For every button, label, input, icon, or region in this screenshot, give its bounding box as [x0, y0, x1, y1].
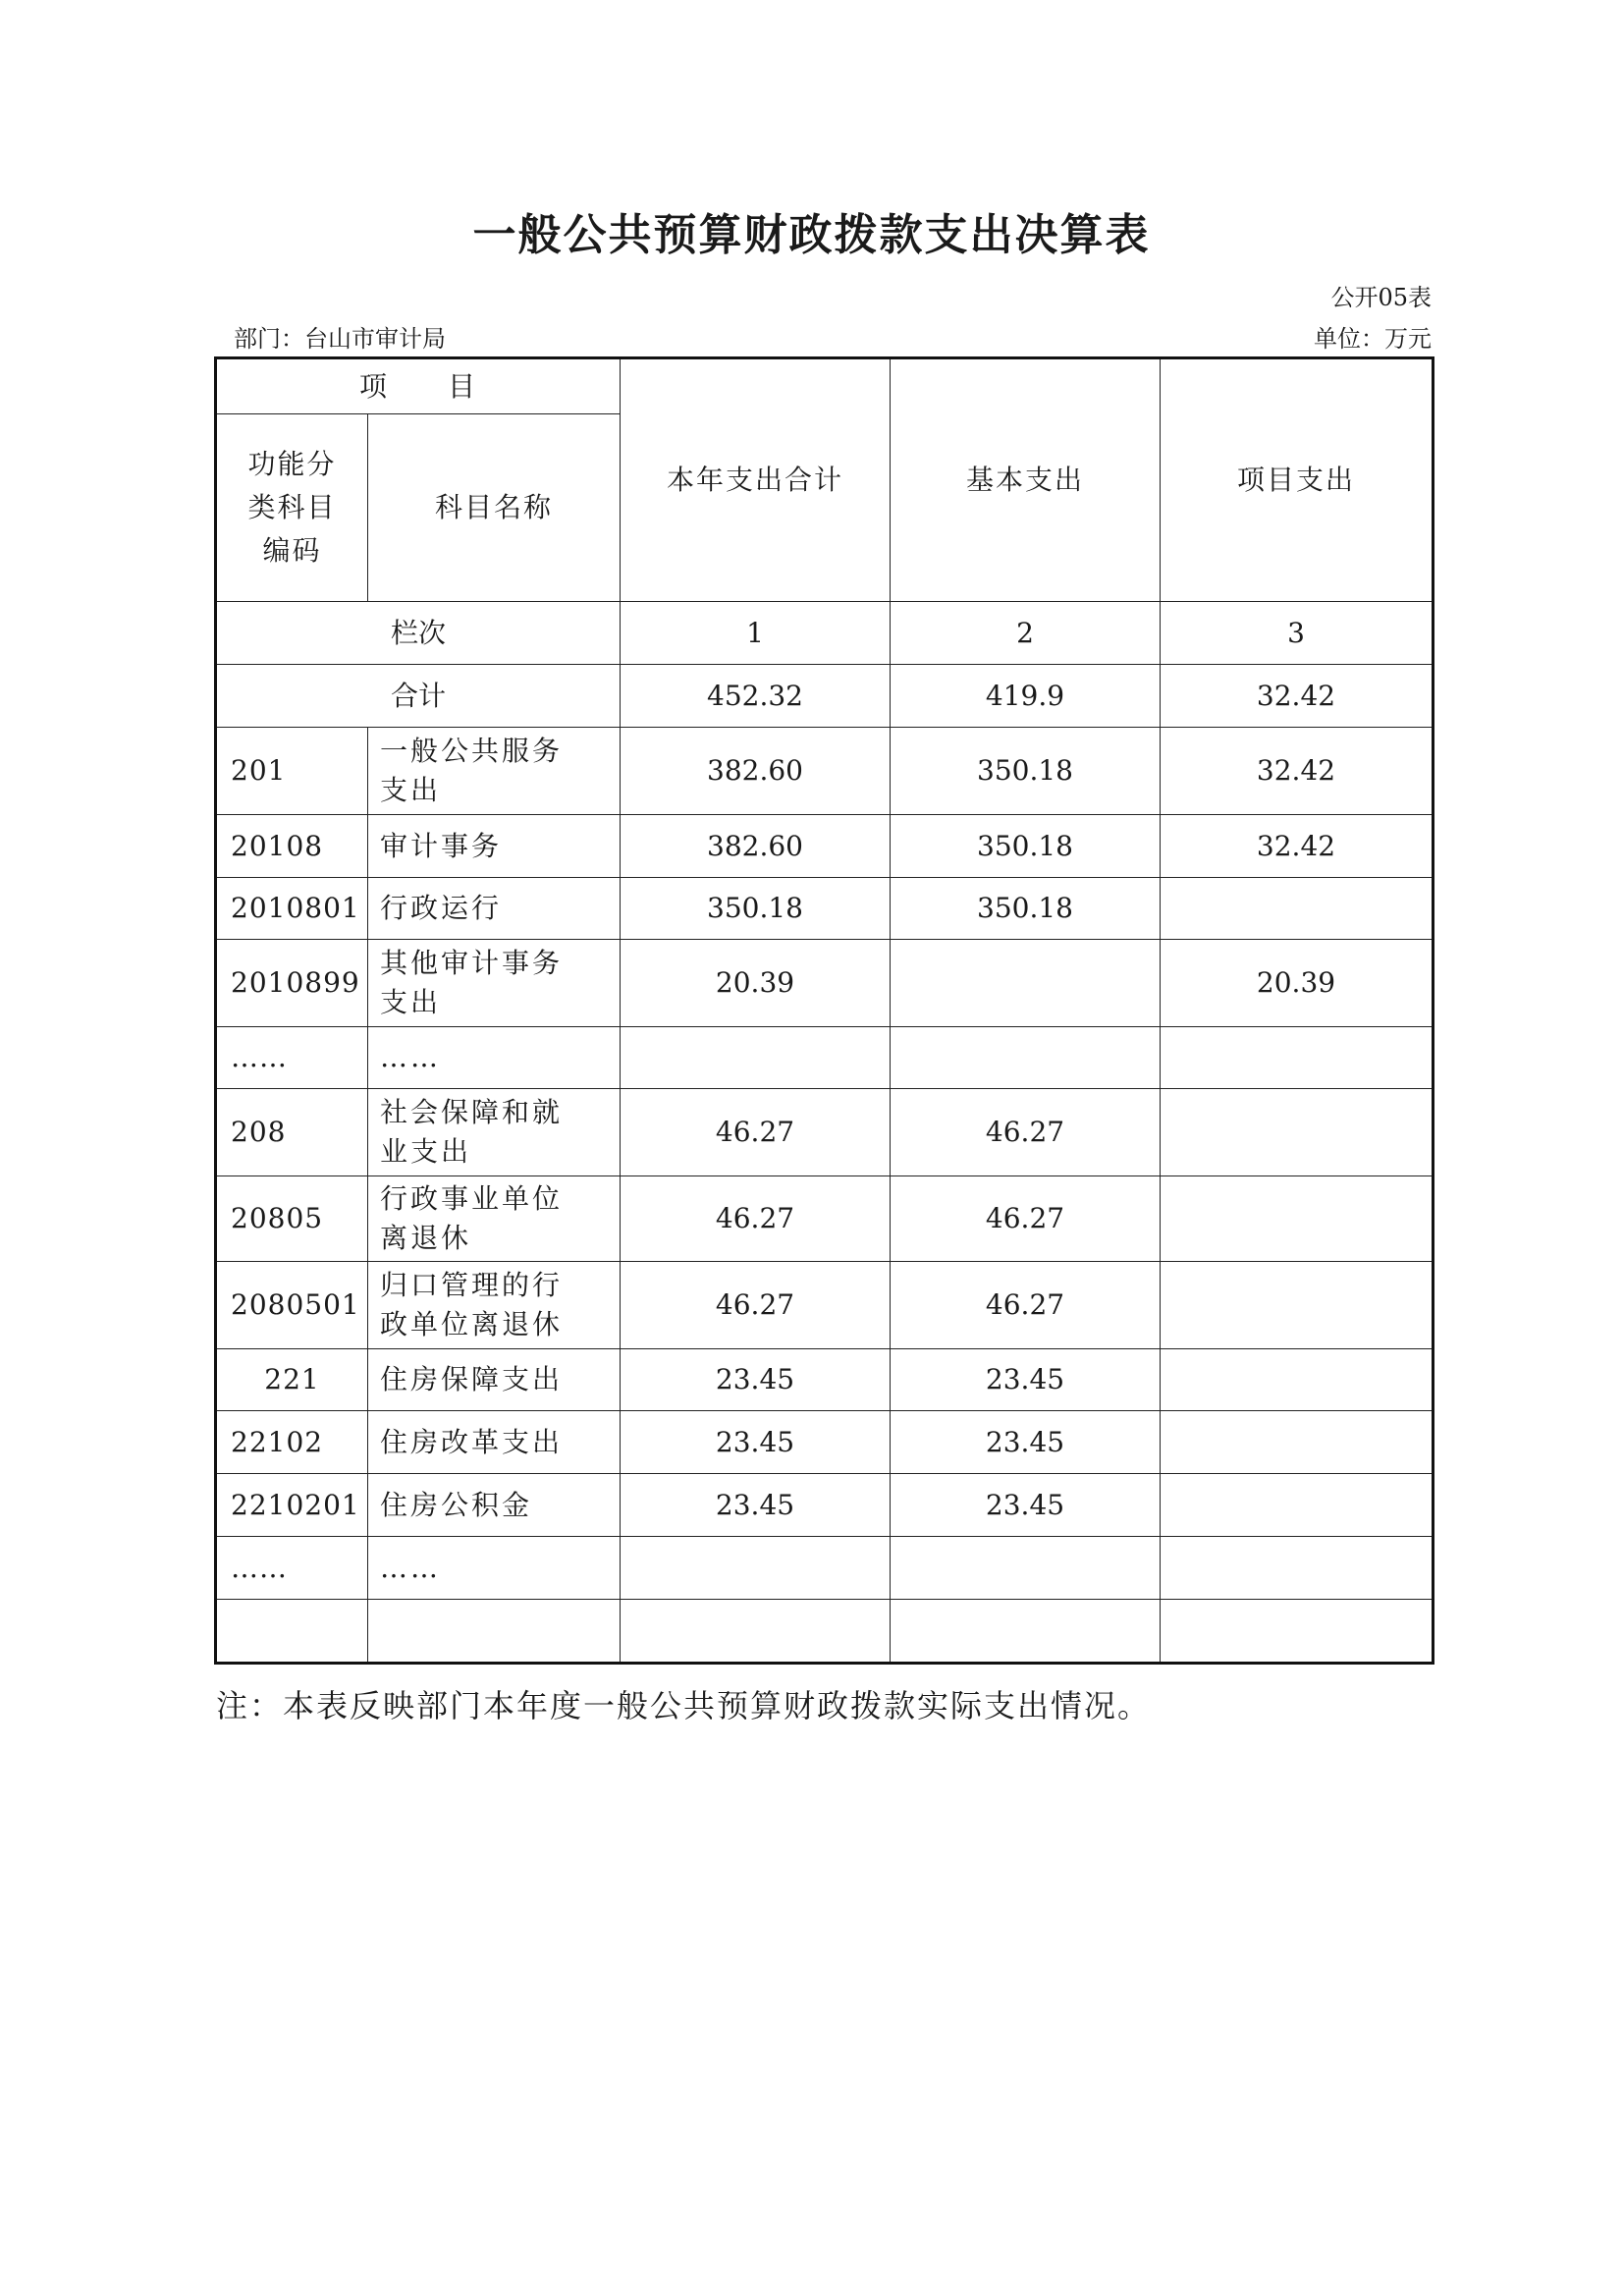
header-name: 科目名称 [368, 414, 621, 602]
column-index-2: 2 [891, 602, 1161, 665]
row-project [1161, 1600, 1434, 1664]
row-project [1161, 1411, 1434, 1474]
row-total: 23.45 [621, 1474, 891, 1537]
row-basic [891, 1600, 1161, 1664]
column-index-row: 栏次 1 2 3 [216, 602, 1434, 665]
row-name-line: 支出 [380, 771, 614, 810]
row-total: 46.27 [621, 1176, 891, 1262]
row-basic: 23.45 [891, 1474, 1161, 1537]
table-row: 2010801行政运行350.18350.18 [216, 878, 1434, 940]
row-name-line: 政单位离退休 [380, 1305, 614, 1344]
row-code: 2010899 [216, 940, 368, 1027]
table-row: ………… [216, 1537, 1434, 1600]
row-code: 20108 [216, 815, 368, 878]
row-code: 208 [216, 1089, 368, 1176]
table-row [216, 1600, 1434, 1664]
row-basic: 350.18 [891, 878, 1161, 940]
row-total [621, 1537, 891, 1600]
document-title: 一般公共预算财政拨款支出决算表 [0, 199, 1623, 262]
row-project [1161, 1349, 1434, 1411]
row-total: 382.60 [621, 728, 891, 815]
row-project [1161, 1089, 1434, 1176]
row-project: 32.42 [1161, 815, 1434, 878]
row-name-line: …… [380, 1036, 614, 1079]
row-project: 20.39 [1161, 940, 1434, 1027]
row-basic: 46.27 [891, 1262, 1161, 1349]
total-row: 合计 452.32 419.9 32.42 [216, 665, 1434, 728]
header-code-line: 功能分 [223, 443, 361, 486]
row-name: …… [368, 1537, 621, 1600]
row-project: 32.42 [1161, 728, 1434, 815]
row-basic: 23.45 [891, 1349, 1161, 1411]
row-total: 23.45 [621, 1411, 891, 1474]
row-name: 归口管理的行政单位离退休 [368, 1262, 621, 1349]
column-index-3: 3 [1161, 602, 1434, 665]
row-name-line: 归口管理的行 [380, 1266, 614, 1305]
table-row: 221住房保障支出23.4523.45 [216, 1349, 1434, 1411]
row-name-line: 审计事务 [380, 825, 614, 868]
total-project: 32.42 [1161, 665, 1434, 728]
row-total: 20.39 [621, 940, 891, 1027]
row-name-line: 一般公共服务 [380, 732, 614, 771]
total-amount: 452.32 [621, 665, 891, 728]
row-name: 一般公共服务支出 [368, 728, 621, 815]
header-code-line: 类科目 [223, 486, 361, 529]
row-name: 其他审计事务支出 [368, 940, 621, 1027]
row-code: …… [216, 1537, 368, 1600]
row-project [1161, 1537, 1434, 1600]
row-code [216, 1600, 368, 1664]
row-code: 2210201 [216, 1474, 368, 1537]
row-name: 住房公积金 [368, 1474, 621, 1537]
header-total: 本年支出合计 [621, 358, 891, 602]
row-name-line: 行政运行 [380, 887, 614, 930]
row-code: 221 [216, 1349, 368, 1411]
row-basic [891, 1537, 1161, 1600]
row-name-line: 行政事业单位 [380, 1179, 614, 1219]
row-name: 住房保障支出 [368, 1349, 621, 1411]
row-project [1161, 1474, 1434, 1537]
header-basic: 基本支出 [891, 358, 1161, 602]
row-total [621, 1600, 891, 1664]
row-name: 住房改革支出 [368, 1411, 621, 1474]
header-row-project: 项 目 本年支出合计 基本支出 项目支出 [216, 358, 1434, 414]
row-code: 201 [216, 728, 368, 815]
total-basic: 419.9 [891, 665, 1161, 728]
table-row: ………… [216, 1027, 1434, 1089]
row-total: 382.60 [621, 815, 891, 878]
row-name: …… [368, 1027, 621, 1089]
row-code: 20805 [216, 1176, 368, 1262]
row-name: 审计事务 [368, 815, 621, 878]
row-name-line: 其他审计事务 [380, 944, 614, 983]
column-index-1: 1 [621, 602, 891, 665]
table-row: 2080501归口管理的行政单位离退休46.2746.27 [216, 1262, 1434, 1349]
unit-label: 单位：万元 [1314, 319, 1432, 354]
department-label: 部门：台山市审计局 [234, 319, 446, 354]
row-code: 22102 [216, 1411, 368, 1474]
table-row: 2010899其他审计事务支出20.3920.39 [216, 940, 1434, 1027]
row-name [368, 1600, 621, 1664]
row-project [1161, 1027, 1434, 1089]
row-total [621, 1027, 891, 1089]
row-basic: 350.18 [891, 728, 1161, 815]
row-total: 46.27 [621, 1262, 891, 1349]
footnote: 注：本表反映部门本年度一般公共预算财政拨款实际支出情况。 [216, 1681, 1151, 1726]
row-name-line: 住房改革支出 [380, 1421, 614, 1464]
row-project [1161, 878, 1434, 940]
table-row: 201一般公共服务支出382.60350.1832.42 [216, 728, 1434, 815]
row-project [1161, 1176, 1434, 1262]
row-total: 46.27 [621, 1089, 891, 1176]
row-code: 2080501 [216, 1262, 368, 1349]
row-project [1161, 1262, 1434, 1349]
row-name-line: 支出 [380, 983, 614, 1022]
row-name-line: 离退休 [380, 1219, 614, 1258]
header-project: 项 目 [216, 358, 621, 414]
row-name: 行政事业单位离退休 [368, 1176, 621, 1262]
table-row: 20108审计事务382.60350.1832.42 [216, 815, 1434, 878]
form-number: 公开05表 [1330, 278, 1432, 312]
row-name-line: 住房保障支出 [380, 1358, 614, 1401]
row-basic: 23.45 [891, 1411, 1161, 1474]
row-basic: 46.27 [891, 1089, 1161, 1176]
total-label: 合计 [216, 665, 621, 728]
row-name-line: …… [380, 1547, 614, 1590]
table-row: 20805行政事业单位离退休46.2746.27 [216, 1176, 1434, 1262]
header-code: 功能分 类科目 编码 [216, 414, 368, 602]
row-basic [891, 1027, 1161, 1089]
header-project-expense: 项目支出 [1161, 358, 1434, 602]
expenditure-table: 项 目 本年支出合计 基本支出 项目支出 功能分 类科目 编码 科目名称 栏次 … [214, 356, 1434, 1665]
row-total: 23.45 [621, 1349, 891, 1411]
row-name: 行政运行 [368, 878, 621, 940]
table-row: 208社会保障和就业支出46.2746.27 [216, 1089, 1434, 1176]
row-name: 社会保障和就业支出 [368, 1089, 621, 1176]
row-name-line: 业支出 [380, 1132, 614, 1172]
row-basic [891, 940, 1161, 1027]
table-row: 22102住房改革支出23.4523.45 [216, 1411, 1434, 1474]
row-total: 350.18 [621, 878, 891, 940]
column-index-label: 栏次 [216, 602, 621, 665]
row-name-line: 住房公积金 [380, 1484, 614, 1527]
row-basic: 350.18 [891, 815, 1161, 878]
table-row: 2210201住房公积金23.4523.45 [216, 1474, 1434, 1537]
row-code: 2010801 [216, 878, 368, 940]
row-code: …… [216, 1027, 368, 1089]
row-basic: 46.27 [891, 1176, 1161, 1262]
header-code-line: 编码 [223, 529, 361, 573]
row-name-line: 社会保障和就 [380, 1093, 614, 1132]
